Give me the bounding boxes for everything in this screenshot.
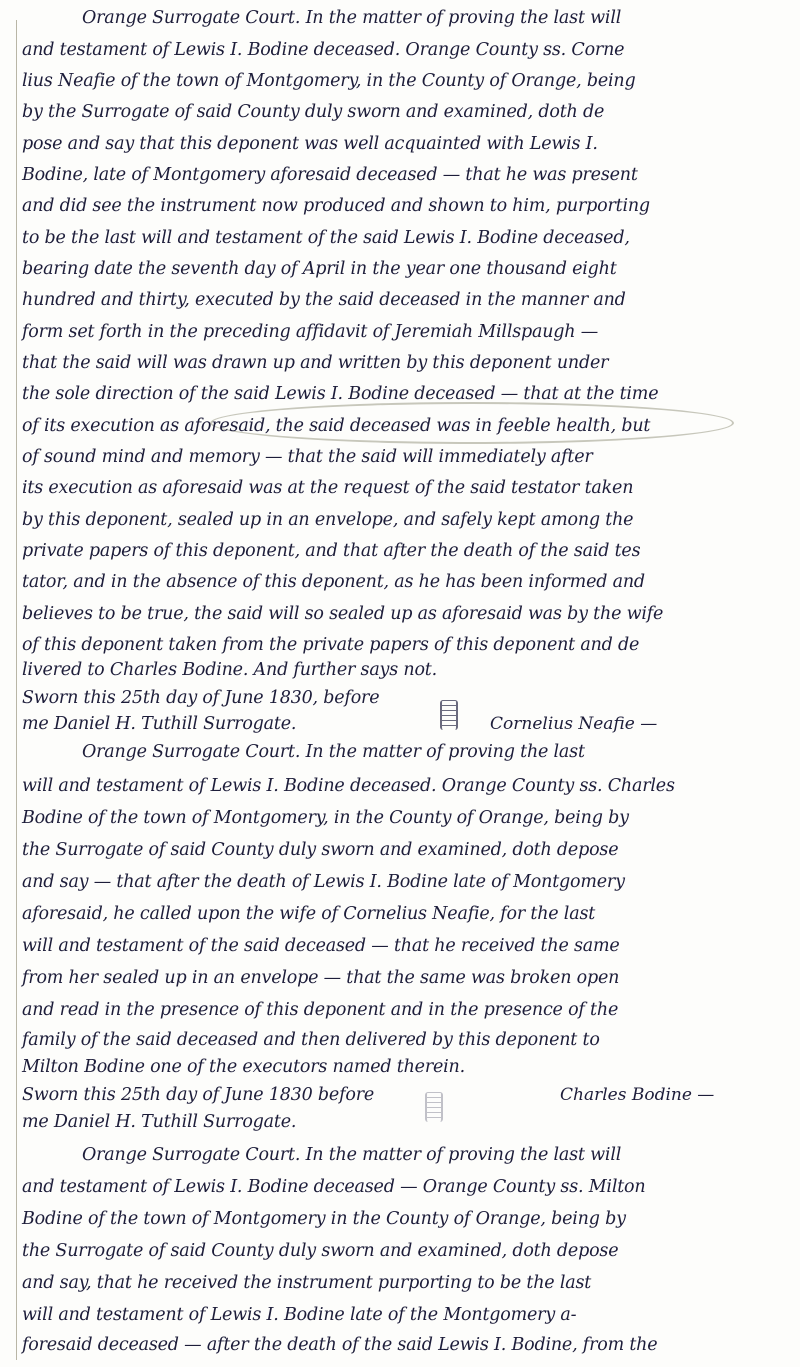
jurat-line: me Daniel H. Tuthill Surrogate. <box>22 714 296 734</box>
doc-line: and testament of Lewis I. Bodine decease… <box>22 40 624 60</box>
doc-line: livered to Charles Bodine. And further s… <box>22 660 437 680</box>
doc-line: the sole direction of the said Lewis I. … <box>22 384 658 404</box>
document-page: Orange Surrogate Court. In the matter of… <box>0 0 800 1367</box>
doc-line: Bodine of the town of Montgomery in the … <box>22 1209 626 1229</box>
doc-line: hundred and thirty, executed by the said… <box>22 290 626 310</box>
doc-line: of sound mind and memory — that the said… <box>22 447 593 467</box>
doc-line: from her sealed up in an envelope — that… <box>22 968 619 988</box>
signature: Cornelius Neafie — <box>490 714 657 734</box>
doc-line: aforesaid, he called upon the wife of Co… <box>22 904 595 924</box>
doc-line: pose and say that this deponent was well… <box>22 134 598 154</box>
doc-line: tator, and in the absence of this depone… <box>22 572 645 592</box>
doc-line: and read in the presence of this deponen… <box>22 1000 618 1020</box>
doc-line: of its execution as aforesaid, the said … <box>22 416 650 436</box>
doc-line: and say, that he received the instrument… <box>22 1273 591 1293</box>
doc-line: and did see the instrument now produced … <box>22 196 650 216</box>
doc-line: by this deponent, sealed up in an envelo… <box>22 510 633 530</box>
doc-line: will and testament of the said deceased … <box>22 936 620 956</box>
doc-line: will and testament of Lewis I. Bodine de… <box>22 776 675 796</box>
doc-line: and testament of Lewis I. Bodine decease… <box>22 1177 645 1197</box>
doc-line: family of the said deceased and then del… <box>22 1030 600 1050</box>
seal-mark <box>440 700 458 730</box>
doc-line: Orange Surrogate Court. In the matter of… <box>82 742 585 762</box>
jurat-line: Sworn this 25th day of June 1830, before <box>22 688 379 708</box>
doc-line: the Surrogate of said County duly sworn … <box>22 840 618 860</box>
doc-line: Milton Bodine one of the executors named… <box>22 1057 465 1077</box>
doc-line: form set forth in the preceding affidavi… <box>22 322 598 342</box>
doc-line: believes to be true, the said will so se… <box>22 604 663 624</box>
doc-line: that the said will was drawn up and writ… <box>22 353 608 373</box>
signature: Charles Bodine — <box>560 1085 714 1105</box>
doc-line: Bodine, late of Montgomery aforesaid dec… <box>22 165 638 185</box>
doc-line: Bodine of the town of Montgomery, in the… <box>22 808 629 828</box>
doc-line: private papers of this deponent, and tha… <box>22 541 640 561</box>
doc-line: lius Neafie of the town of Montgomery, i… <box>22 71 635 91</box>
jurat-line: Sworn this 25th day of June 1830 before <box>22 1085 374 1105</box>
doc-line: will and testament of Lewis I. Bodine la… <box>22 1305 576 1325</box>
doc-line: the Surrogate of said County duly sworn … <box>22 1241 618 1261</box>
doc-line: foresaid deceased — after the death of t… <box>22 1335 657 1355</box>
seal-mark <box>425 1092 443 1122</box>
doc-line: its execution as aforesaid was at the re… <box>22 478 633 498</box>
doc-line: Orange Surrogate Court. In the matter of… <box>82 1145 621 1165</box>
doc-line: bearing date the seventh day of April in… <box>22 259 617 279</box>
doc-line: by the Surrogate of said County duly swo… <box>22 102 604 122</box>
jurat-line: me Daniel H. Tuthill Surrogate. <box>22 1112 296 1132</box>
margin-rule <box>16 20 17 1360</box>
doc-line: to be the last will and testament of the… <box>22 228 630 248</box>
doc-line: Orange Surrogate Court. In the matter of… <box>82 8 621 28</box>
doc-line: of this deponent taken from the private … <box>22 635 639 655</box>
doc-line: and say — that after the death of Lewis … <box>22 872 625 892</box>
